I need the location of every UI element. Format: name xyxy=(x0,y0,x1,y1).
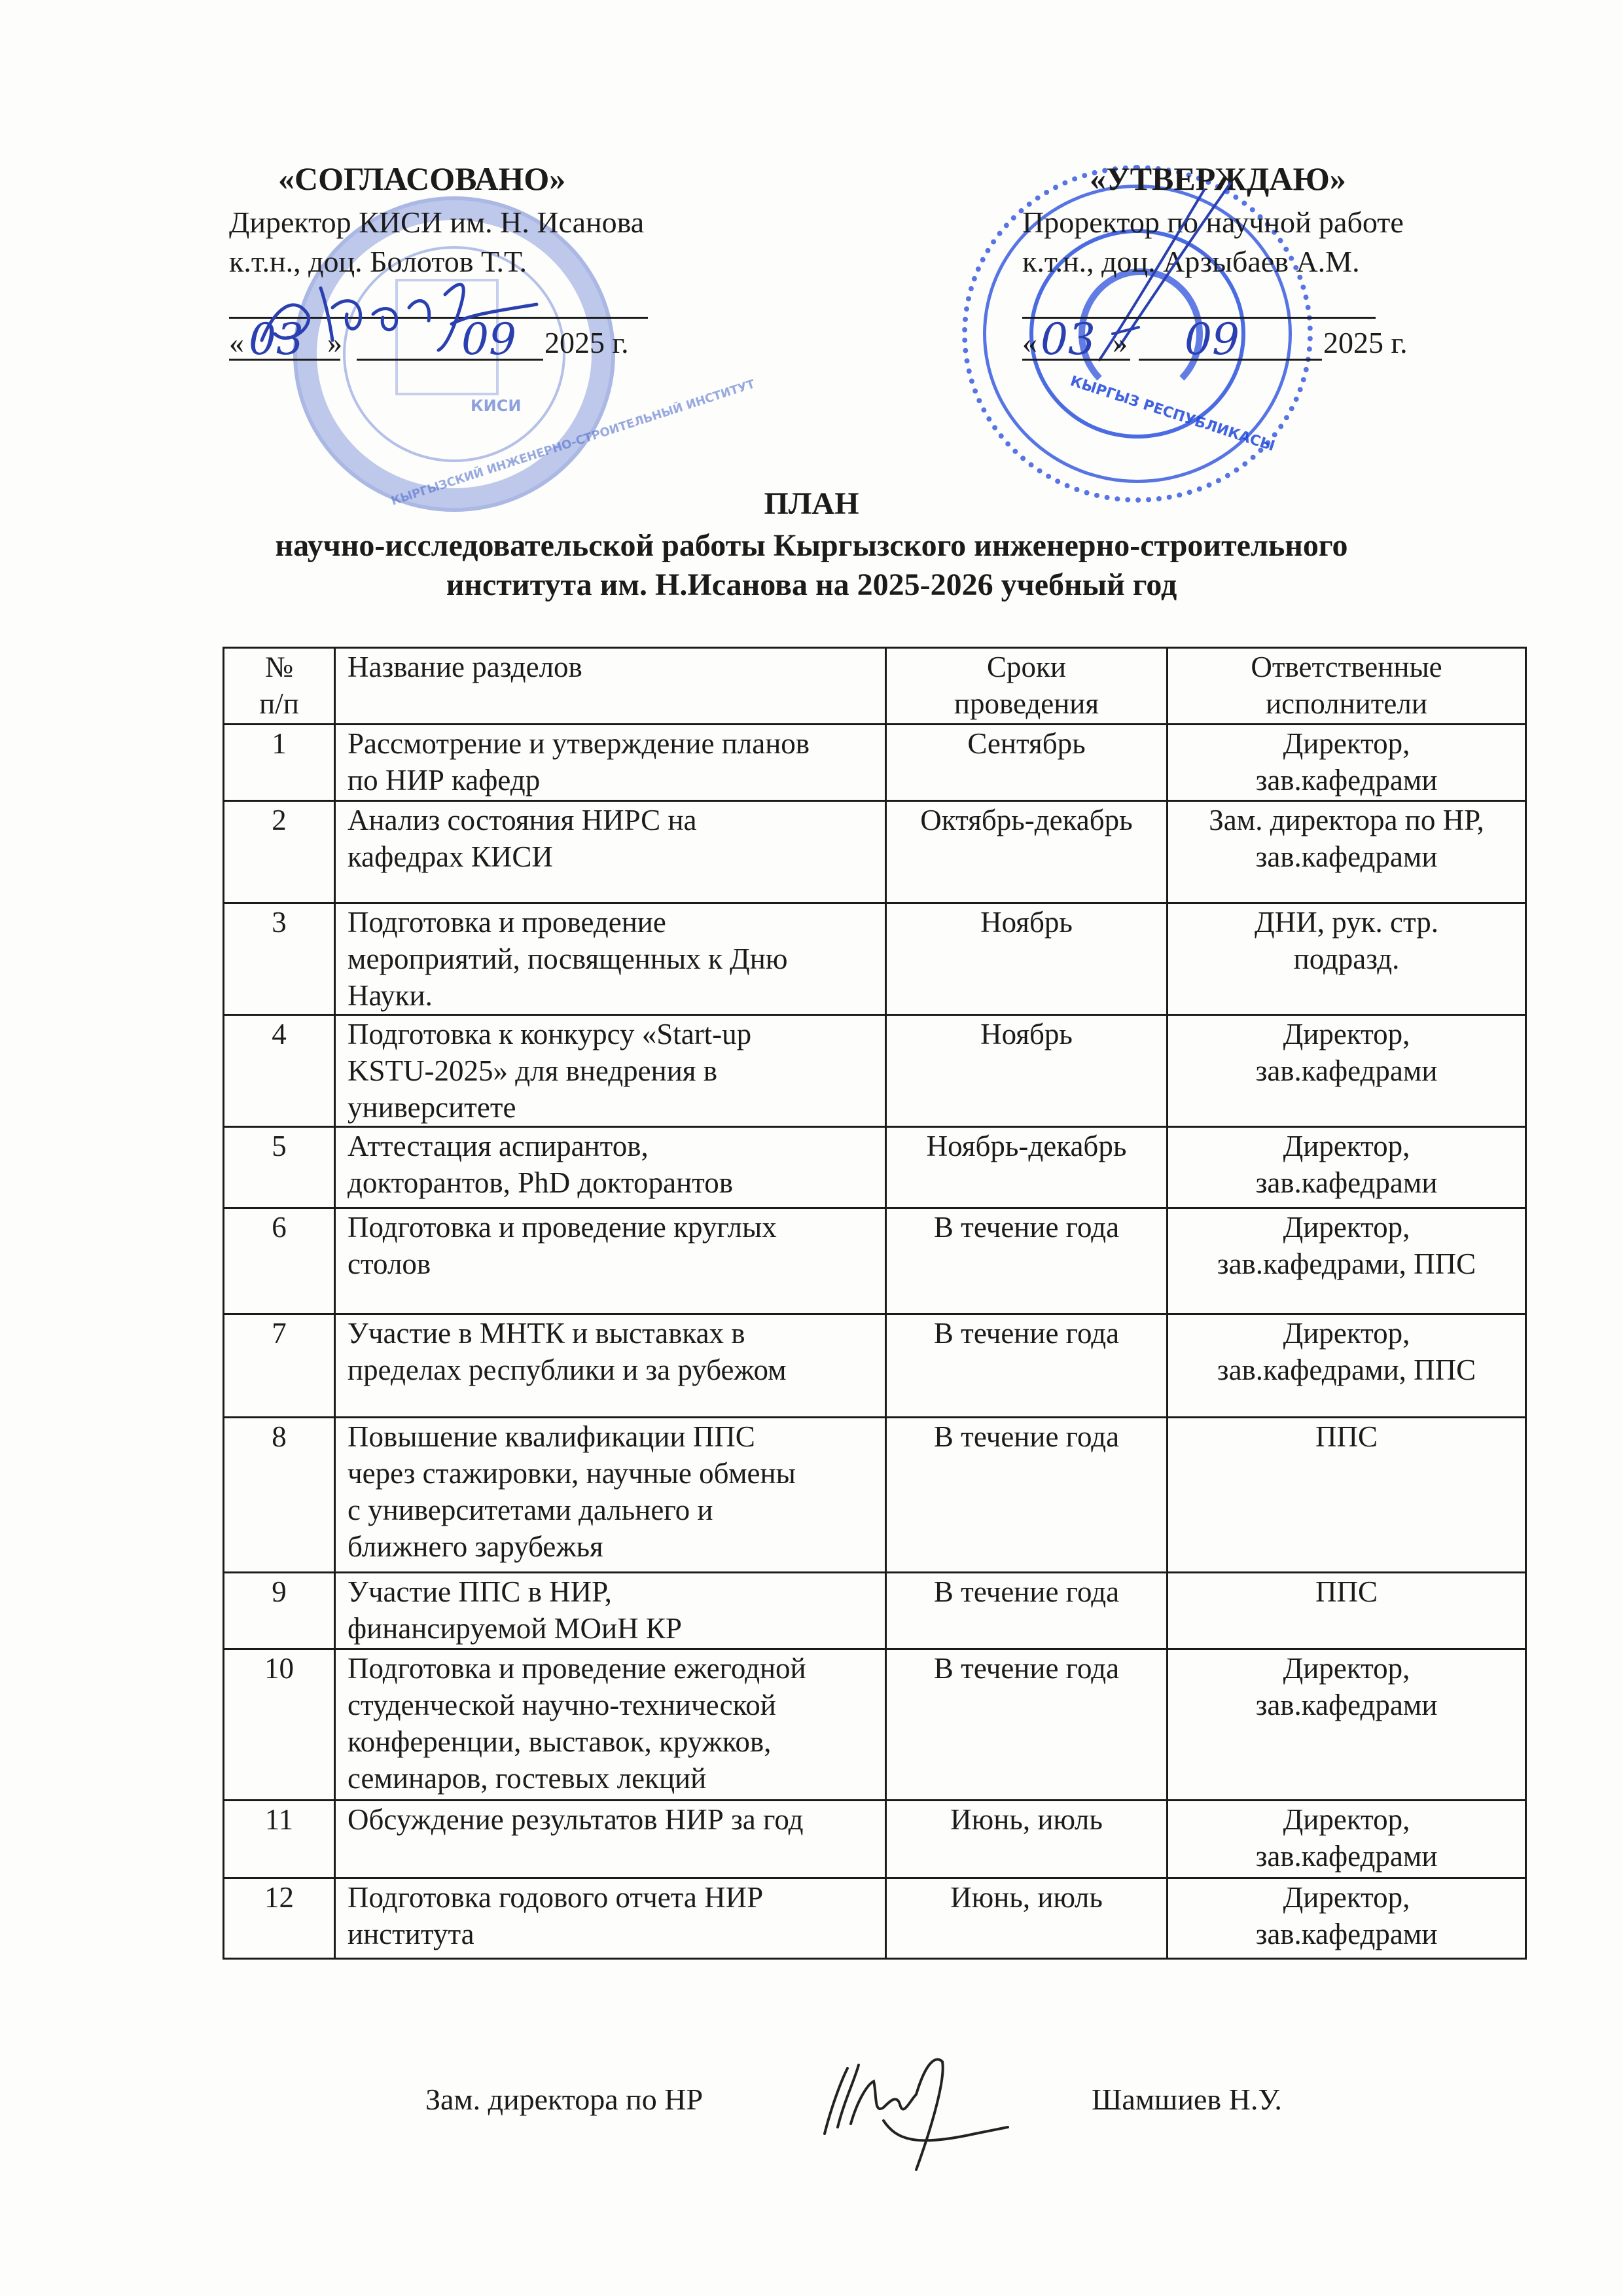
cell-term-text: Июнь, июль xyxy=(950,1881,1103,1914)
cell-resp-text: Директор, зав.кафедрами xyxy=(1256,727,1438,797)
footer-position: Зам. директора по НР xyxy=(425,2081,703,2118)
cell-num-text: 8 xyxy=(272,1420,287,1453)
cell-resp: Директор, зав.кафедрами xyxy=(1168,1127,1526,1208)
cell-num: 8 xyxy=(224,1418,335,1573)
table-row: 1Рассмотрение и утверждение планов по НИ… xyxy=(224,725,1526,801)
header-name: Название разделов xyxy=(335,648,886,725)
approval-left-month-rule xyxy=(357,359,543,361)
cell-term-text: Ноябрь xyxy=(980,1018,1073,1050)
cell-name-text: Подготовка годового отчета НИР института xyxy=(348,1881,763,1950)
cell-num: 5 xyxy=(224,1127,335,1208)
cell-name-text: Рассмотрение и утверждение планов по НИР… xyxy=(348,727,810,797)
footer-person: Шамшиев Н.У. xyxy=(1092,2081,1282,2118)
cell-term: Июнь, июль xyxy=(886,1801,1168,1878)
cell-num: 3 xyxy=(224,903,335,1015)
cell-num: 10 xyxy=(224,1649,335,1801)
cell-name: Анализ состояния НИРС на кафедрах КИСИ xyxy=(335,801,886,903)
cell-num-text: 9 xyxy=(272,1575,287,1608)
table-header-row: № п/п Название разделов Сроки проведения… xyxy=(224,648,1526,725)
table-row: 12Подготовка годового отчета НИР институ… xyxy=(224,1878,1526,1959)
approval-left-title: «СОГЛАСОВАНО» xyxy=(278,160,565,197)
table-row: 7Участие в МНТК и выставках в пределах р… xyxy=(224,1314,1526,1418)
cell-term: Июнь, июль xyxy=(886,1878,1168,1959)
cell-resp-text: ППС xyxy=(1315,1575,1378,1608)
cell-num-text: 2 xyxy=(272,804,287,836)
cell-num: 11 xyxy=(224,1801,335,1878)
approval-left-date-close-quote: » xyxy=(327,325,342,361)
cell-name-text: Участие ППС в НИР, финансируемой МОиН КР xyxy=(348,1575,682,1645)
cell-num: 9 xyxy=(224,1573,335,1649)
cell-resp-text: ППС xyxy=(1315,1420,1378,1453)
cell-resp-text: ДНИ, рук. стр. подразд. xyxy=(1255,906,1438,975)
cell-term-text: В течение года xyxy=(934,1575,1119,1608)
table-row: 3Подготовка и проведение мероприятий, по… xyxy=(224,903,1526,1015)
cell-name: Подготовка и проведение круглых столов xyxy=(335,1208,886,1314)
approval-left-date-year: 2025 г. xyxy=(544,325,629,361)
cell-num-text: 6 xyxy=(272,1211,287,1244)
table-row: 10Подготовка и проведение ежегодной студ… xyxy=(224,1649,1526,1801)
header-term-label: Сроки проведения xyxy=(954,651,1099,720)
cell-resp: Директор, зав.кафедрами, ППС xyxy=(1168,1314,1526,1418)
approval-left-date-month: 09 xyxy=(461,314,516,365)
cell-resp: Директор, зав.кафедрами, ППС xyxy=(1168,1208,1526,1314)
cell-resp: ППС xyxy=(1168,1573,1526,1649)
cell-name: Подготовка годового отчета НИР института xyxy=(335,1878,886,1959)
cell-term: В течение года xyxy=(886,1314,1168,1418)
cell-resp-text: Директор, зав.кафедрами, ППС xyxy=(1217,1317,1476,1386)
approval-right-date-close-quote: » xyxy=(1113,325,1128,361)
cell-name-text: Обсуждение результатов НИР за год xyxy=(348,1803,803,1836)
header-num-label: № п/п xyxy=(259,651,299,720)
cell-num-text: 11 xyxy=(265,1803,293,1836)
cell-term-text: В течение года xyxy=(934,1317,1119,1350)
approval-right-day-rule xyxy=(1022,359,1130,361)
cell-name: Обсуждение результатов НИР за год xyxy=(335,1801,886,1878)
footer-signature xyxy=(811,2055,1021,2173)
stamp-caption: КИСИ xyxy=(471,397,521,415)
cell-resp-text: Директор, зав.кафедрами xyxy=(1256,1018,1438,1087)
cell-term: Ноябрь xyxy=(886,903,1168,1015)
cell-num: 4 xyxy=(224,1015,335,1127)
cell-num: 7 xyxy=(224,1314,335,1418)
cell-resp: Директор, зав.кафедрами xyxy=(1168,1015,1526,1127)
cell-name: Аттестация аспирантов, докторантов, PhD … xyxy=(335,1127,886,1208)
approval-right-date-year: 2025 г. xyxy=(1323,325,1408,361)
plan-title: ПЛАН xyxy=(0,486,1623,522)
cell-term: В течение года xyxy=(886,1649,1168,1801)
header-name-label: Название разделов xyxy=(348,651,582,683)
cell-term: В течение года xyxy=(886,1573,1168,1649)
cell-resp-text: Директор, зав.кафедрами xyxy=(1256,1803,1438,1873)
cell-resp-text: Зам. директора по НР, зав.кафедрами xyxy=(1209,804,1484,873)
approval-left-position: Директор КИСИ им. Н. Исанова xyxy=(229,204,644,241)
cell-name-text: Подготовка и проведение мероприятий, пос… xyxy=(348,906,787,1012)
cell-num-text: 12 xyxy=(264,1881,294,1914)
cell-term: В течение года xyxy=(886,1418,1168,1573)
cell-num: 12 xyxy=(224,1878,335,1959)
table-row: 6Подготовка и проведение круглых столовВ… xyxy=(224,1208,1526,1314)
plan-subtitle-line1: научно-исследовательской работы Кыргызск… xyxy=(0,528,1623,564)
approval-right-date-day: 03 xyxy=(1041,314,1096,365)
cell-num-text: 1 xyxy=(272,727,287,760)
stamp-text: КЫРГЫЗ РЕСПУБЛИКАСЫ xyxy=(1068,373,1277,455)
table-row: 4Подготовка к конкурсу «Start-up KSTU-20… xyxy=(224,1015,1526,1127)
cell-name-text: Участие в МНТК и выставках в пределах ре… xyxy=(348,1317,787,1386)
cell-term-text: Ноябрь xyxy=(980,906,1073,939)
cell-term: Сентябрь xyxy=(886,725,1168,801)
header-num: № п/п xyxy=(224,648,335,725)
approval-left-date-day: 03 xyxy=(249,314,304,365)
cell-name-text: Подготовка к конкурсу «Start-up KSTU-202… xyxy=(348,1018,751,1124)
cell-term-text: В течение года xyxy=(934,1652,1119,1685)
cell-resp: Зам. директора по НР, зав.кафедрами xyxy=(1168,801,1526,903)
table-row: 9Участие ППС в НИР, финансируемой МОиН К… xyxy=(224,1573,1526,1649)
cell-resp: Директор, зав.кафедрами xyxy=(1168,725,1526,801)
cell-name: Участие ППС в НИР, финансируемой МОиН КР xyxy=(335,1573,886,1649)
cell-term: В течение года xyxy=(886,1208,1168,1314)
header-resp-label: Ответственные исполнители xyxy=(1251,651,1442,720)
cell-name: Рассмотрение и утверждение планов по НИР… xyxy=(335,725,886,801)
cell-name-text: Повышение квалификации ППС через стажиро… xyxy=(348,1420,796,1563)
approval-right-date-month: 09 xyxy=(1185,314,1240,365)
table-row: 11Обсуждение результатов НИР за годИюнь,… xyxy=(224,1801,1526,1878)
table-row: 2Анализ состояния НИРС на кафедрах КИСИО… xyxy=(224,801,1526,903)
cell-name: Подготовка и проведение ежегодной студен… xyxy=(335,1649,886,1801)
cell-num: 6 xyxy=(224,1208,335,1314)
cell-resp-text: Директор, зав.кафедрами xyxy=(1256,1652,1438,1721)
cell-name-text: Анализ состояния НИРС на кафедрах КИСИ xyxy=(348,804,697,873)
cell-num: 1 xyxy=(224,725,335,801)
header-resp: Ответственные исполнители xyxy=(1168,648,1526,725)
cell-resp: Директор, зав.кафедрами xyxy=(1168,1649,1526,1801)
cell-resp-text: Директор, зав.кафедрами xyxy=(1256,1881,1438,1950)
cell-num: 2 xyxy=(224,801,335,903)
cell-term-text: Июнь, июль xyxy=(950,1803,1103,1836)
cell-name: Участие в МНТК и выставках в пределах ре… xyxy=(335,1314,886,1418)
cell-term: Октябрь-декабрь xyxy=(886,801,1168,903)
approval-right-month-rule xyxy=(1139,359,1322,361)
cell-term: Ноябрь-декабрь xyxy=(886,1127,1168,1208)
approval-left-day-rule xyxy=(229,359,340,361)
cell-term-text: В течение года xyxy=(934,1420,1119,1453)
cell-name-text: Аттестация аспирантов, докторантов, PhD … xyxy=(348,1130,733,1199)
cell-num-text: 10 xyxy=(264,1652,294,1685)
table-row: 8Повышение квалификации ППС через стажир… xyxy=(224,1418,1526,1573)
cell-term-text: Октябрь-декабрь xyxy=(920,804,1132,836)
cell-resp: ДНИ, рук. стр. подразд. xyxy=(1168,903,1526,1015)
cell-name-text: Подготовка и проведение круглых столов xyxy=(348,1211,777,1280)
cell-resp: Директор, зав.кафедрами xyxy=(1168,1801,1526,1878)
cell-term-text: Сентябрь xyxy=(967,727,1085,760)
cell-num-text: 3 xyxy=(272,906,287,939)
cell-term-text: Ноябрь-декабрь xyxy=(927,1130,1127,1162)
cell-term-text: В течение года xyxy=(934,1211,1119,1244)
cell-name: Подготовка к конкурсу «Start-up KSTU-202… xyxy=(335,1015,886,1127)
cell-resp: Директор, зав.кафедрами xyxy=(1168,1878,1526,1959)
cell-name-text: Подготовка и проведение ежегодной студен… xyxy=(348,1652,806,1795)
cell-name: Повышение квалификации ППС через стажиро… xyxy=(335,1418,886,1573)
cell-resp-text: Директор, зав.кафедрами xyxy=(1256,1130,1438,1199)
cell-resp-text: Директор, зав.кафедрами, ППС xyxy=(1217,1211,1476,1280)
cell-num-text: 7 xyxy=(272,1317,287,1350)
cell-term: Ноябрь xyxy=(886,1015,1168,1127)
approval-right-date-open-quote: « xyxy=(1022,325,1037,361)
research-plan-table: № п/п Название разделов Сроки проведения… xyxy=(223,647,1527,1960)
cell-num-text: 5 xyxy=(272,1130,287,1162)
table-row: 5Аттестация аспирантов, докторантов, PhD… xyxy=(224,1127,1526,1208)
cell-resp: ППС xyxy=(1168,1418,1526,1573)
header-term: Сроки проведения xyxy=(886,648,1168,725)
cell-name: Подготовка и проведение мероприятий, пос… xyxy=(335,903,886,1015)
plan-subtitle-line2: института им. Н.Исанова на 2025-2026 уче… xyxy=(0,567,1623,603)
cell-num-text: 4 xyxy=(272,1018,287,1050)
approval-left-date-open-quote: « xyxy=(229,325,244,361)
